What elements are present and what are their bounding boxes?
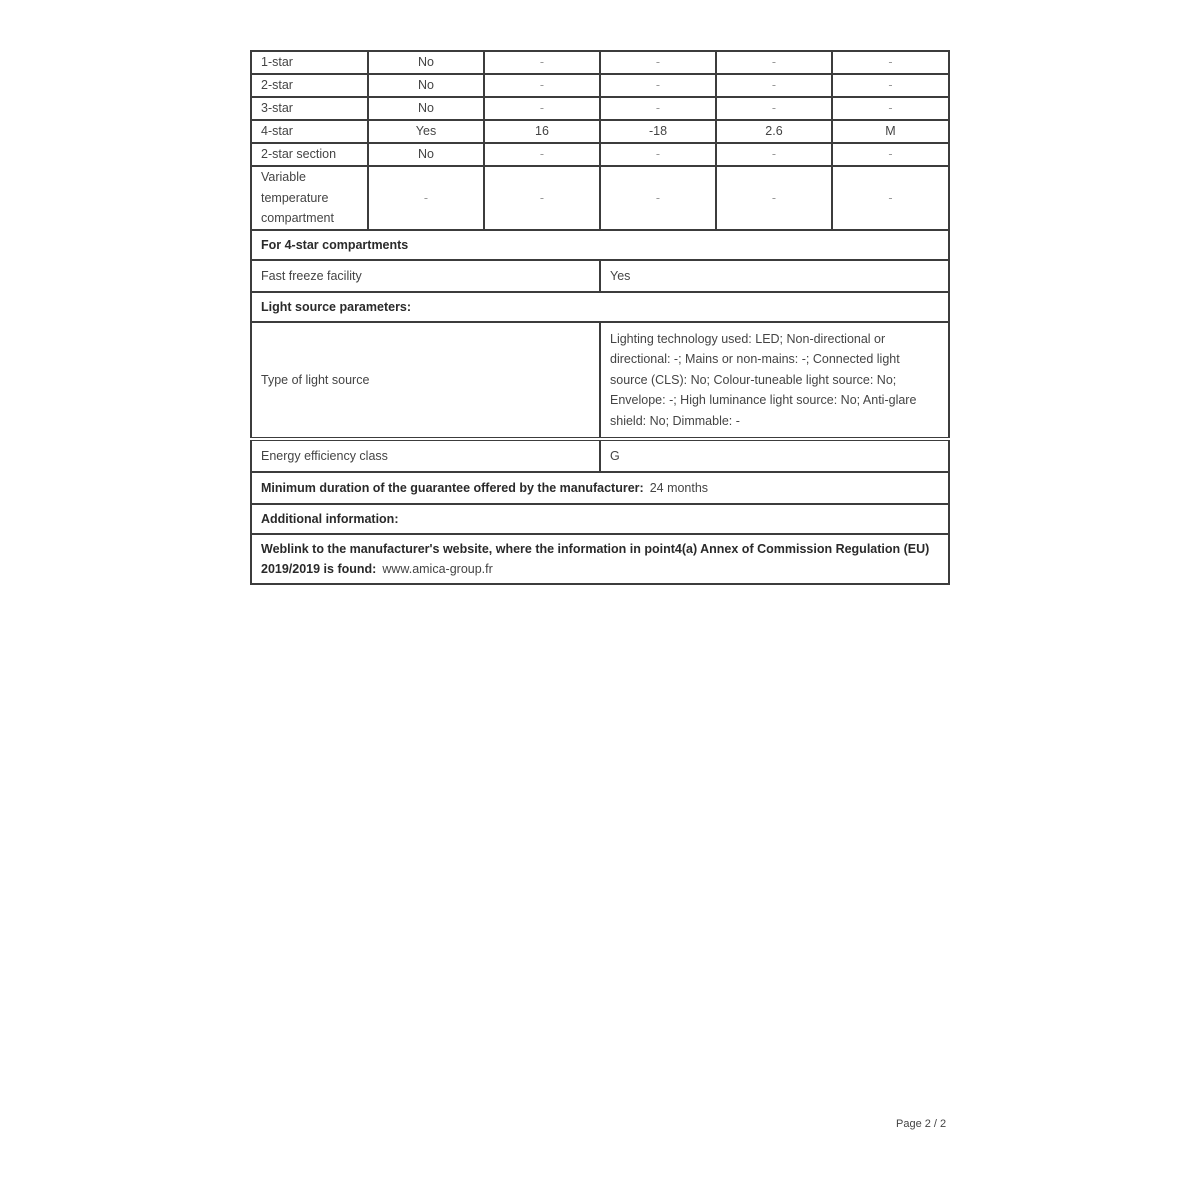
star-row: 3-starNo---- xyxy=(251,97,949,120)
star-row-label: 1-star xyxy=(251,51,368,74)
star-row-value: 2.6 xyxy=(716,120,832,143)
star-row-value: - xyxy=(832,166,949,230)
star-row-value: Yes xyxy=(368,120,484,143)
energy-class-label: Energy efficiency class xyxy=(251,439,600,472)
star-row: 2-starNo---- xyxy=(251,74,949,97)
star-row: 1-starNo---- xyxy=(251,51,949,74)
star-row-value: - xyxy=(484,51,600,74)
star-row-value: - xyxy=(716,74,832,97)
star-row-value: - xyxy=(716,51,832,74)
star-row-label: 2-star section xyxy=(251,143,368,166)
star-row-value: - xyxy=(600,166,716,230)
light-heading-row: Light source parameters: xyxy=(251,292,949,322)
star-row-value: - xyxy=(600,74,716,97)
star-row-value: - xyxy=(832,51,949,74)
star-row-value: - xyxy=(484,143,600,166)
star-row-value: - xyxy=(716,143,832,166)
weblink-label: Weblink to the manufacturer's website, w… xyxy=(261,542,929,577)
star-row-label: 4-star xyxy=(251,120,368,143)
guarantee-value: 24 months xyxy=(650,481,708,495)
additional-info-heading: Additional information: xyxy=(251,504,949,534)
star-row-value: No xyxy=(368,51,484,74)
weblink-cell: Weblink to the manufacturer's website, w… xyxy=(251,534,949,584)
energy-class-row: Energy efficiency class G xyxy=(251,439,949,472)
star-row-value: - xyxy=(832,143,949,166)
guarantee-label: Minimum duration of the guarantee offere… xyxy=(261,481,644,495)
star-rating-rows: 1-starNo----2-starNo----3-starNo----4-st… xyxy=(251,51,949,230)
star-row-value: - xyxy=(368,166,484,230)
additional-info-row: Additional information: xyxy=(251,504,949,534)
star-row: Variable temperature compartment----- xyxy=(251,166,949,230)
energy-class-value: G xyxy=(600,439,949,472)
star-row-label: Variable temperature compartment xyxy=(251,166,368,230)
star-row-label: 2-star xyxy=(251,74,368,97)
weblink-row: Weblink to the manufacturer's website, w… xyxy=(251,534,949,584)
light-source-value: Lighting technology used: LED; Non-direc… xyxy=(600,322,949,439)
star-row-label: 3-star xyxy=(251,97,368,120)
star-row-value: No xyxy=(368,97,484,120)
fast-freeze-row: Fast freeze facility Yes xyxy=(251,260,949,292)
page-number: Page 2 / 2 xyxy=(896,1118,946,1130)
guarantee-row: Minimum duration of the guarantee offere… xyxy=(251,472,949,504)
star-row-value: -18 xyxy=(600,120,716,143)
weblink-url[interactable]: www.amica-group.fr xyxy=(382,562,492,576)
star-row-value: M xyxy=(832,120,949,143)
star-row-value: - xyxy=(716,97,832,120)
star-row-value: - xyxy=(484,74,600,97)
star-row: 4-starYes16-182.6M xyxy=(251,120,949,143)
four-star-heading: For 4-star compartments xyxy=(251,230,949,260)
star-row-value: No xyxy=(368,74,484,97)
star-row-value: - xyxy=(832,97,949,120)
light-source-row: Type of light source Lighting technology… xyxy=(251,322,949,439)
light-source-label: Type of light source xyxy=(251,322,600,439)
star-row-value: - xyxy=(600,143,716,166)
document-page: 1-starNo----2-starNo----3-starNo----4-st… xyxy=(0,0,1200,1200)
star-row-value: - xyxy=(484,97,600,120)
star-row-value: 16 xyxy=(484,120,600,143)
guarantee-cell: Minimum duration of the guarantee offere… xyxy=(251,472,949,504)
star-row-value: - xyxy=(716,166,832,230)
star-row: 2-star sectionNo---- xyxy=(251,143,949,166)
star-row-value: No xyxy=(368,143,484,166)
star-row-value: - xyxy=(600,97,716,120)
star-row-value: - xyxy=(832,74,949,97)
fast-freeze-label: Fast freeze facility xyxy=(251,260,600,292)
star-row-value: - xyxy=(600,51,716,74)
product-info-table: 1-starNo----2-starNo----3-starNo----4-st… xyxy=(250,50,950,585)
four-star-heading-row: For 4-star compartments xyxy=(251,230,949,260)
star-row-value: - xyxy=(484,166,600,230)
fast-freeze-value: Yes xyxy=(600,260,949,292)
light-source-heading: Light source parameters: xyxy=(251,292,949,322)
